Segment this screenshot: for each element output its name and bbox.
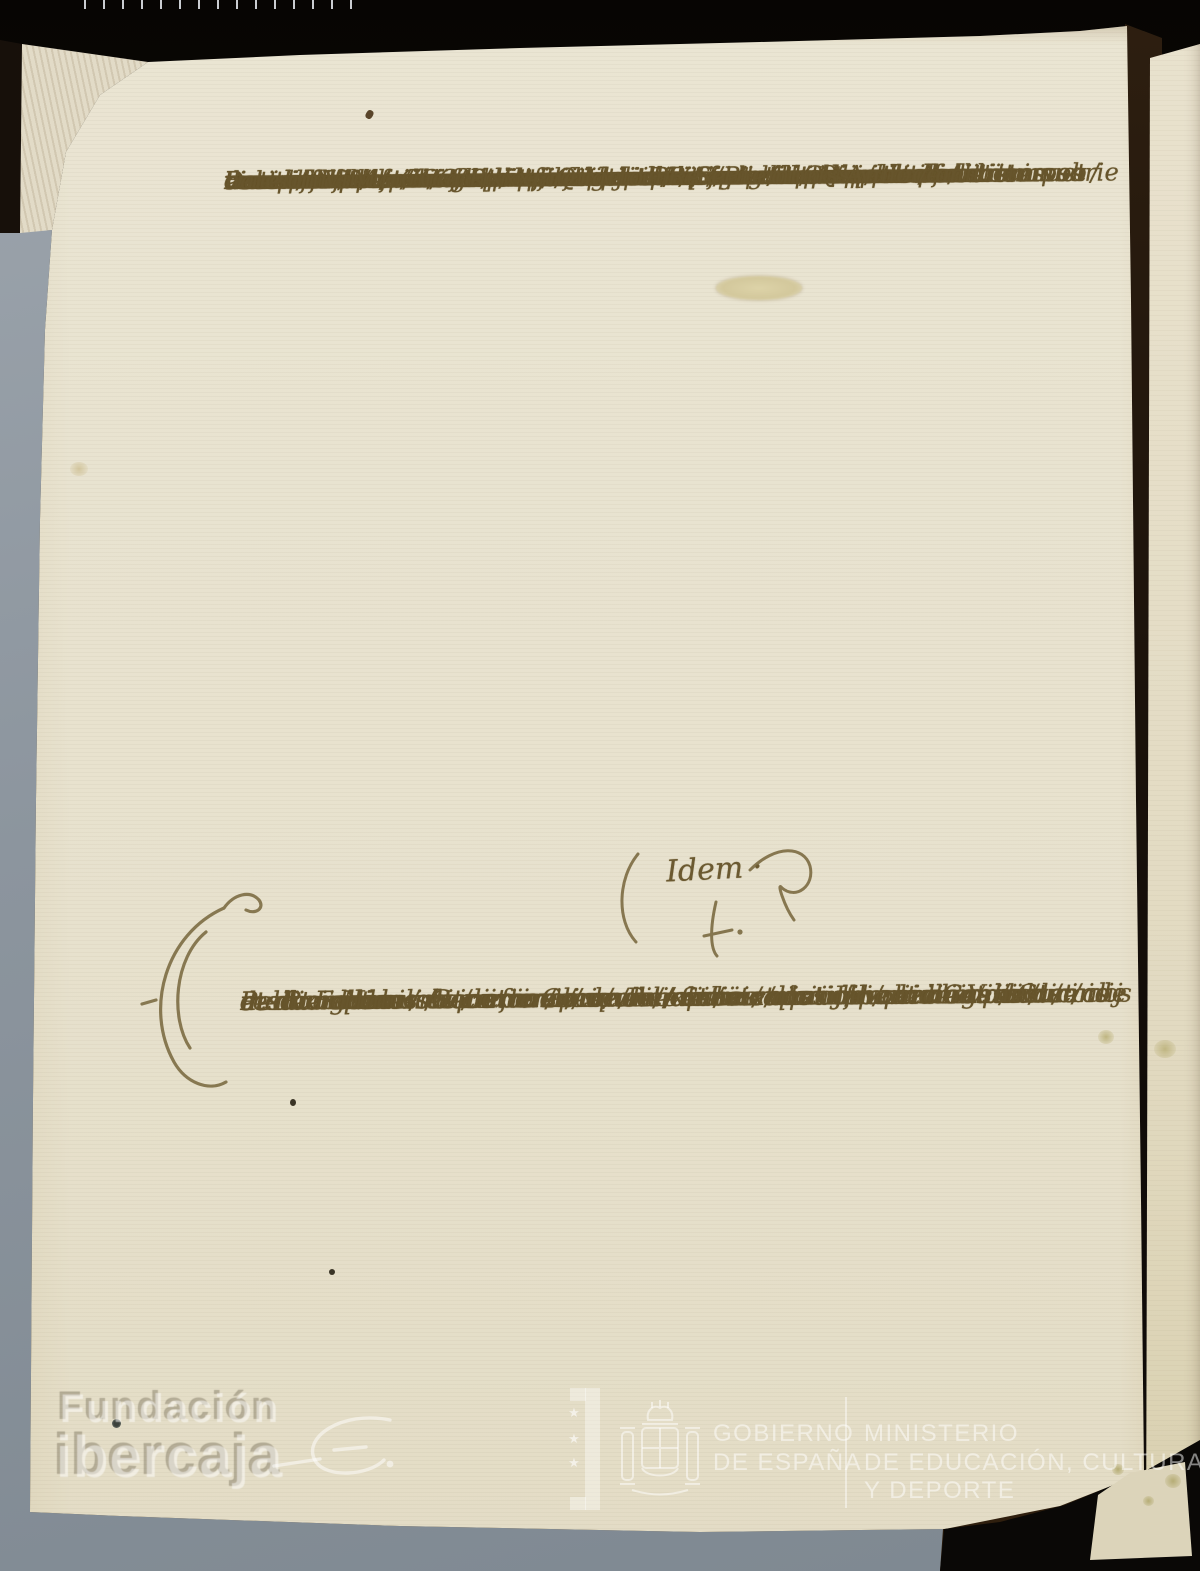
gobierno-line1: GOBIERNO bbox=[713, 1420, 862, 1449]
eu-star: ★ bbox=[566, 1432, 582, 1447]
gobierno-line2: DE ESPAÑA bbox=[713, 1449, 862, 1478]
ministerio-label: MINISTERIO DE EDUCACIÓN, CULTURA Y DEPOR… bbox=[864, 1420, 1200, 1506]
watermark-divider bbox=[845, 1397, 847, 1508]
eu-star: ★ bbox=[566, 1406, 582, 1421]
ministerio-line3: Y DEPORTE bbox=[864, 1477, 1200, 1506]
ibercaja-brand-label: ibercaja bbox=[54, 1422, 281, 1489]
manuscript-page bbox=[0, 0, 1200, 1571]
spain-coat-of-arms-icon bbox=[612, 1398, 708, 1500]
gobierno-label: GOBIERNO DE ESPAÑA bbox=[713, 1420, 862, 1477]
eu-stars-icon: ★ ★ ★ bbox=[566, 1388, 602, 1510]
ink-speck bbox=[329, 1269, 335, 1275]
foxing-spot bbox=[1098, 1030, 1114, 1044]
foxing-spot bbox=[70, 462, 88, 476]
eu-flag-notch bbox=[570, 1497, 586, 1510]
idem-mark: Idem · bbox=[665, 850, 763, 890]
eu-flag-notch bbox=[570, 1388, 586, 1401]
ministerio-line1: MINISTERIO bbox=[864, 1420, 1200, 1449]
ink-speck bbox=[290, 1099, 296, 1106]
manuscript-photo-stage: cum effectu / nos fco deposito de precio… bbox=[0, 0, 1200, 1571]
wax-stain bbox=[716, 276, 802, 300]
ministerio-line2: DE EDUCACIÓN, CULTURA bbox=[864, 1449, 1200, 1478]
manuscript-line: nate dni · M · CCC · lxxx · Quarto · Rex… bbox=[224, 157, 756, 200]
manuscript-line: et mandamus de certa scia / et expsse / … bbox=[240, 974, 1039, 1022]
eu-star: ★ bbox=[566, 1456, 582, 1471]
foxing-spot bbox=[1154, 1040, 1176, 1058]
ruler-ticks-icon bbox=[84, 0, 356, 9]
eu-flag-bar bbox=[585, 1388, 600, 1510]
